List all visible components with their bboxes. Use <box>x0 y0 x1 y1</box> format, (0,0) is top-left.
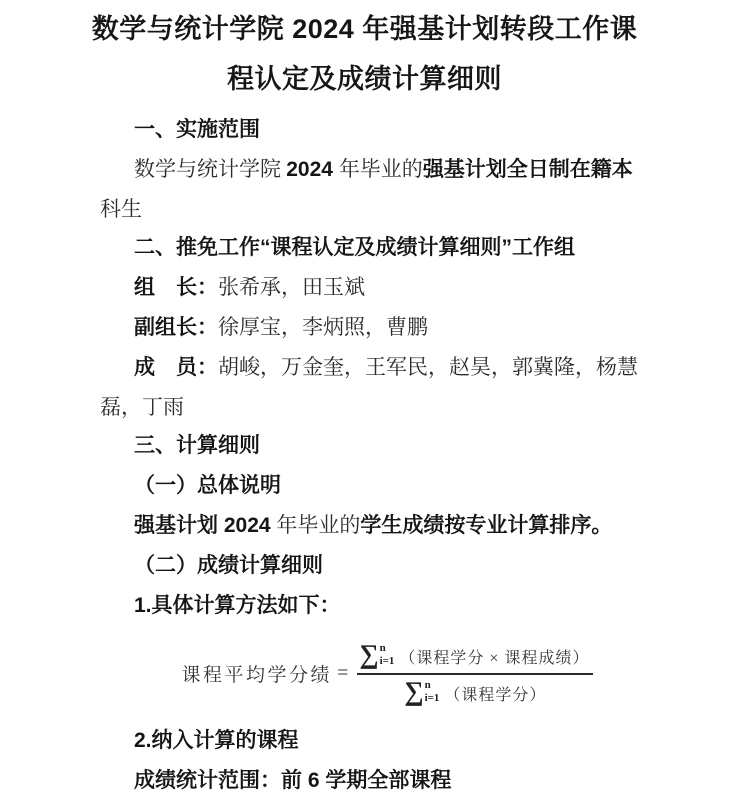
document-title-line-1: 数学与统计学院 2024 年强基计划转段工作课 <box>0 4 729 54</box>
text-line: 成 员：胡峻，万金奎，王军民，赵昊，郭冀隆，杨慧 <box>100 348 629 388</box>
text-line: 一、实施范围 <box>100 110 629 150</box>
sigma-limits: n i=1 <box>425 679 440 704</box>
bold-text-segment: 2024 <box>286 158 339 181</box>
fraction: ∑ n i=1 （课程学分 × 课程成绩） ∑ n i=1 <box>357 641 593 705</box>
sigma-limits: n i=1 <box>380 642 395 667</box>
bold-text-segment: 一、实施范围 <box>134 118 260 141</box>
document-page: 数学与统计学院 2024 年强基计划转段工作课 程认定及成绩计算细则 一、实施范… <box>0 0 729 793</box>
sigma-lower-limit: i=1 <box>425 692 440 705</box>
text-line: 数学与统计学院 2024 年毕业的强基计划全日制在籍本 <box>100 150 629 190</box>
sigma-symbol: ∑ <box>359 641 378 668</box>
text-line: （二）成绩计算细则 <box>100 546 629 586</box>
fraction-denominator: ∑ n i=1 （课程学分） <box>404 675 546 705</box>
bold-text-segment: 2.纳入计算的课程 <box>134 729 299 752</box>
text-line: 科生 <box>100 190 629 229</box>
text-line: 副组长：徐厚宝，李炳照，曹鹏 <box>100 308 629 348</box>
body-lines-bottom: 2.纳入计算的课程成绩统计范围：前 6 学期全部课程 <box>100 721 629 793</box>
sigma-symbol: ∑ <box>404 678 423 705</box>
equals-sign: = <box>337 662 348 685</box>
text-segment: 科生 <box>100 197 142 221</box>
text-line: 成绩统计范围：前 6 学期全部课程 <box>100 761 629 793</box>
text-line: （一）总体说明 <box>100 466 629 506</box>
text-line: 1.具体计算方法如下： <box>100 586 629 626</box>
document-title-line-2: 程认定及成绩计算细则 <box>0 54 729 104</box>
fraction-numerator: ∑ n i=1 （课程学分 × 课程成绩） <box>357 641 593 675</box>
sigma-lower-limit: i=1 <box>380 655 395 668</box>
sigma-sum: ∑ n i=1 <box>359 641 394 668</box>
text-segment: 数学与统计学院 <box>134 157 286 181</box>
bold-text-segment: 强基计划 2024 <box>134 514 276 537</box>
text-line: 组 长：张希承，田玉斌 <box>100 268 629 308</box>
sigma-upper-limit: n <box>425 679 431 692</box>
bold-text-segment: 成绩统计范围：前 6 学期全部课程 <box>134 769 451 792</box>
sigma-upper-limit: n <box>380 642 386 655</box>
numerator-text: （课程学分 × 课程成绩） <box>399 645 589 668</box>
document-body: 一、实施范围数学与统计学院 2024 年毕业的强基计划全日制在籍本科生二、推免工… <box>100 110 629 793</box>
text-line: 三、计算细则 <box>100 426 629 466</box>
sigma-sum: ∑ n i=1 <box>404 678 439 705</box>
text-line: 强基计划 2024 年毕业的学生成绩按专业计算排序。 <box>100 506 629 546</box>
formula-lhs: 课程平均学分绩 <box>182 660 333 687</box>
text-segment: 徐厚宝，李炳照，曹鹏 <box>218 315 428 339</box>
denominator-text: （课程学分） <box>444 682 546 705</box>
text-segment: 年毕业的 <box>339 157 423 181</box>
bold-text-segment: 成 员： <box>134 356 218 379</box>
text-segment: 张希承，田玉斌 <box>218 275 365 299</box>
bold-text-segment: 学生成绩按专业计算排序。 <box>360 514 612 537</box>
document-title: 数学与统计学院 2024 年强基计划转段工作课 程认定及成绩计算细则 <box>0 0 729 104</box>
text-line: 磊，丁雨 <box>100 388 629 427</box>
bold-text-segment: 1.具体计算方法如下： <box>134 594 341 617</box>
body-lines-top: 一、实施范围数学与统计学院 2024 年毕业的强基计划全日制在籍本科生二、推免工… <box>100 110 629 625</box>
text-segment: 年毕业的 <box>276 513 360 537</box>
bold-text-segment: （一）总体说明 <box>134 474 281 497</box>
text-line: 2.纳入计算的课程 <box>100 721 629 761</box>
text-segment: 胡峻，万金奎，王军民，赵昊，郭冀隆，杨慧 <box>218 355 638 379</box>
text-line: 二、推免工作“课程认定及成绩计算细则”工作组 <box>100 228 629 268</box>
bold-text-segment: 强基计划全日制在籍本 <box>423 158 633 181</box>
text-segment: 磊，丁雨 <box>100 395 184 419</box>
bold-text-segment: 三、计算细则 <box>134 434 260 457</box>
bold-text-segment: 二、推免工作“课程认定及成绩计算细则”工作组 <box>134 236 575 259</box>
bold-text-segment: 组 长： <box>134 276 218 299</box>
formula: 课程平均学分绩 = ∑ n i=1 （课程学分 × 课程成绩） ∑ <box>146 625 629 721</box>
bold-text-segment: （二）成绩计算细则 <box>134 554 323 577</box>
bold-text-segment: 副组长： <box>134 316 218 339</box>
